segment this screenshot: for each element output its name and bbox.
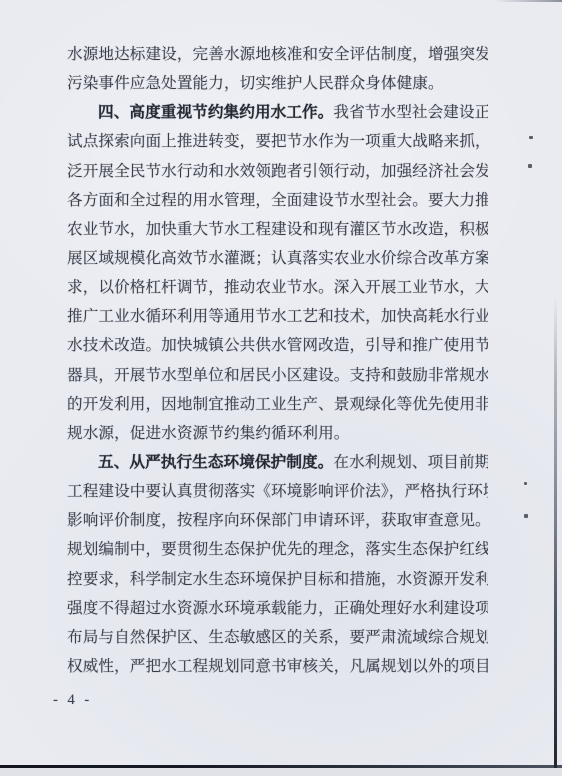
- scan-top-edge-line: [495, 0, 562, 2]
- text-line: 布局与自然保护区、生态敏感区的关系，要严肃流域综合规划的: [67, 623, 488, 652]
- document-body-text: 水源地达标建设，完善水源地核准和安全评估制度，增强突发水 污染事件应急处置能力，…: [67, 40, 488, 681]
- text-line: 水技术改造。加快城镇公共供水管网改造，引导和推广使用节水: [67, 331, 488, 360]
- text-line: 试点探索向面上推进转变，要把节水作为一项重大战略来抓，广: [67, 127, 488, 156]
- section-4-heading: 四、高度重视节约集约用水工作。: [98, 104, 333, 121]
- text-line: 器具，开展节水型单位和居民小区建设。支持和鼓励非常规水源: [67, 361, 488, 390]
- scan-speck: [529, 136, 533, 139]
- text-line: 推广工业水循环利用等通用节水工艺和技术，加快高耗水行业节: [67, 302, 488, 331]
- text-line: 农业节水，加快重大节水工程建设和现有灌区节水改造，积极发: [67, 215, 488, 244]
- text-run: 我省节水型社会建设正从: [333, 104, 488, 121]
- scanned-document-page: 水源地达标建设，完善水源地核准和安全评估制度，增强突发水 污染事件应急处置能力，…: [0, 0, 562, 776]
- text-line: 影响评价制度，按程序向环保部门申请环评，获取审查意见。在: [67, 506, 488, 535]
- text-line-paragraph-end: 规水源，促进水资源节约集约循环利用。: [67, 419, 488, 448]
- text-line: 泛开展全民节水行动和水效领跑者引领行动，加强经济社会发展: [67, 157, 488, 186]
- text-line: 控要求，科学制定水生态环境保护目标和措施，水资源开发利用: [67, 565, 488, 594]
- scan-speck: [524, 482, 527, 485]
- text-line: 求，以价格杠杆调节，推动农业节水。深入开展工业节水，大力: [67, 273, 488, 302]
- page-number: - 4 -: [53, 692, 92, 709]
- scan-speck: [524, 514, 528, 518]
- text-line: 强度不得超过水资源水环境承载能力，正确处理好水利建设项目: [67, 594, 488, 623]
- text-line: 的开发利用，因地制宜推动工业生产、景观绿化等优先使用非常: [67, 390, 488, 419]
- text-run: 在水利规划、项目前期和: [333, 454, 488, 471]
- text-line: 展区域规模化高效节水灌溉；认真落实农业水价综合改革方案要: [67, 244, 488, 273]
- section-4-heading-line: 四、高度重视节约集约用水工作。我省节水型社会建设正从: [67, 98, 488, 127]
- text-line: 水源地达标建设，完善水源地核准和安全评估制度，增强突发水: [67, 40, 488, 69]
- section-5-heading: 五、从严执行生态环境保护制度。: [98, 454, 333, 471]
- scan-bottom-edge-line: [0, 765, 562, 768]
- text-line-paragraph-end: 污染事件应急处置能力，切实维护人民群众身体健康。: [67, 69, 488, 98]
- scan-right-edge-line: [554, 295, 557, 768]
- scan-bottom-margin: [0, 768, 562, 776]
- text-line: 权威性，严把水工程规划同意书审核关，凡属规划以外的项目，: [67, 652, 488, 681]
- section-5-heading-line: 五、从严执行生态环境保护制度。在水利规划、项目前期和: [67, 448, 488, 477]
- text-line: 各方面和全过程的用水管理，全面建设节水型社会。要大力推进: [67, 186, 488, 215]
- text-line: 工程建设中要认真贯彻落实《环境影响评价法》，严格执行环境: [67, 477, 488, 506]
- text-line: 规划编制中，要贯彻生态保护优先的理念，落实生态保护红线管: [67, 535, 488, 564]
- scan-speck: [528, 164, 532, 168]
